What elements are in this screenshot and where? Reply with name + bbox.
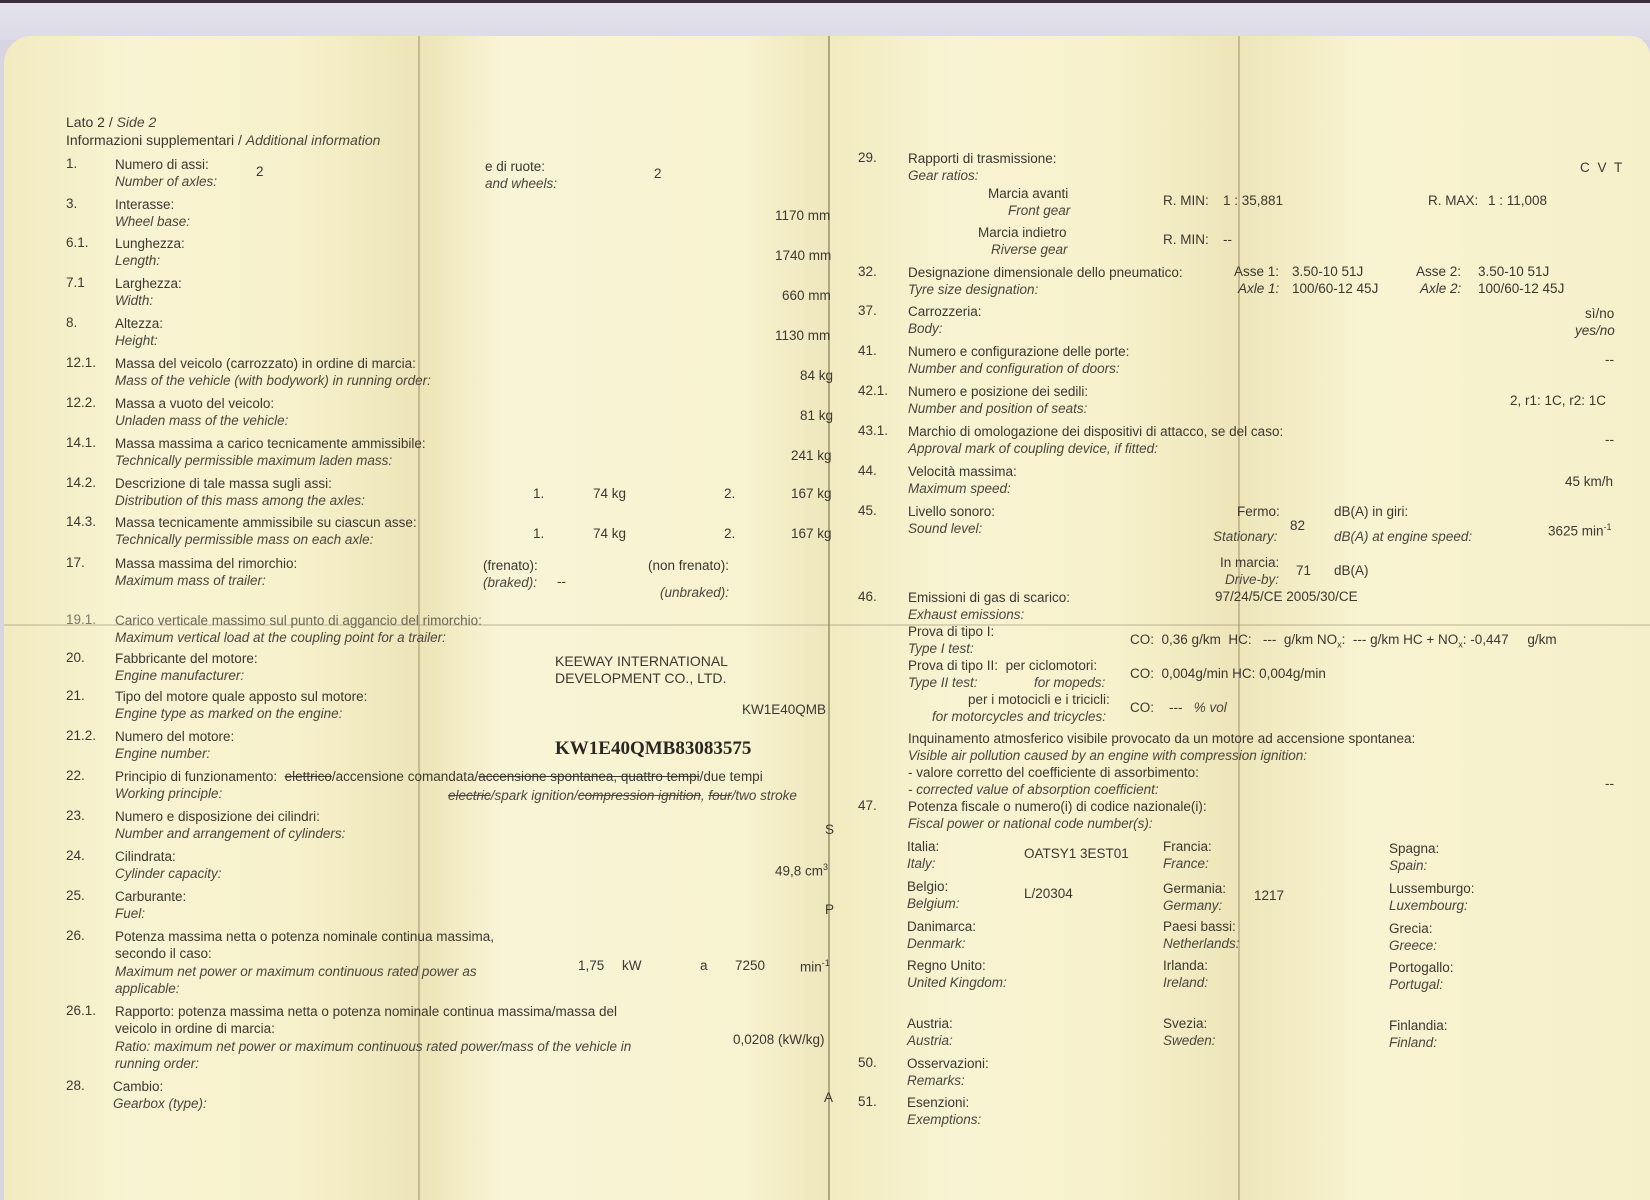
item-number: 21. <box>66 688 85 703</box>
label-en: Number and arrangement of cylinders: <box>115 825 345 842</box>
label-en: - corrected value of absorption coeffici… <box>908 781 1159 798</box>
label-it: Numero e posizione dei sedili: <box>908 383 1088 400</box>
label-en: Height: <box>115 332 158 349</box>
axle-label: Asse 1: <box>1234 264 1279 279</box>
label-en: Technically permissible maximum laden ma… <box>115 452 392 469</box>
wheels-value: 2 <box>654 166 662 181</box>
tyre-value: 3.50-10 51J <box>1292 264 1363 279</box>
label-en: applicable: <box>115 980 180 997</box>
label-it: veicolo in ordine di marcia: <box>115 1020 275 1037</box>
label-en: Length: <box>115 252 160 269</box>
label-en: Wheel base: <box>115 213 190 230</box>
label-it: Esenzioni: <box>907 1094 969 1111</box>
label-en: Ratio: maximum net power or maximum cont… <box>115 1038 631 1055</box>
country-label-en: Austria: <box>907 1032 953 1049</box>
label-it: Numero del motore: <box>115 728 234 745</box>
moto-co-value: CO: --- % vol <box>1130 700 1227 715</box>
at-label: a <box>700 958 708 973</box>
label-it: secondo il caso: <box>115 945 212 962</box>
item-number: 37. <box>858 303 877 318</box>
rmax-value: 1 : 11,008 <box>1488 193 1547 208</box>
label-en: Type II test: <box>908 674 978 691</box>
country-label-it: Paesi bassi: <box>1163 918 1236 935</box>
item-number: 23. <box>66 808 85 823</box>
label-en: and wheels: <box>485 175 557 192</box>
label-en: Gearbox (type): <box>113 1095 207 1112</box>
cylinders-value: S <box>825 822 834 837</box>
item-number: 14.3. <box>66 514 96 529</box>
label-it: Marcia avanti <box>988 185 1068 202</box>
label-it: Altezza: <box>115 315 163 332</box>
item-number: 3. <box>66 196 77 211</box>
label-it: Inquinamento atmosferico visibile provoc… <box>908 730 1415 747</box>
label-it: Fabbricante del motore: <box>115 650 258 667</box>
power-value: 1,75 <box>578 958 604 973</box>
absorption-coefficient-value: -- <box>1605 776 1614 791</box>
axle-index: 1. <box>533 526 544 541</box>
country-label-it: Belgio: <box>907 878 948 895</box>
fuel-value: P <box>825 902 834 917</box>
coupling-value: -- <box>1605 432 1614 447</box>
tyre-value: 100/60-12 45J <box>1478 281 1564 296</box>
label-en: Cylinder capacity: <box>115 865 222 882</box>
country-code-value: OATSY1 3EST01 <box>1024 846 1129 861</box>
country-label-it: Lussemburgo: <box>1389 880 1475 897</box>
label-en: Fuel: <box>115 905 145 922</box>
wheelbase-value: 1170 mm <box>775 208 830 223</box>
length-value: 1740 mm <box>775 248 831 263</box>
axles-value: 2 <box>256 164 264 179</box>
label-en: Tyre size designation: <box>908 281 1038 298</box>
label-it: Lunghezza: <box>115 235 185 252</box>
label-en: Maximum mass of trailer: <box>115 572 266 589</box>
label-it: dB(A) in giri: <box>1334 503 1408 520</box>
power-unit: kW <box>622 958 642 973</box>
label-it: Rapporti di trasmissione: <box>908 150 1057 167</box>
label-en: Drive-by: <box>1225 571 1279 588</box>
label-it: (non frenato): <box>648 557 729 574</box>
page-title: Informazioni supplementari / Additional … <box>66 132 380 149</box>
label-it: Carico verticale massimo sul punto di ag… <box>115 612 482 629</box>
item-number: 21.2. <box>66 728 96 743</box>
label-it: Carburante: <box>115 888 186 905</box>
country-label-it: Portogallo: <box>1389 959 1454 976</box>
axle-index: 2. <box>724 486 735 501</box>
label-en: Distribution of this mass among the axle… <box>115 492 365 509</box>
label-it: Cambio: <box>113 1078 163 1095</box>
item-number: 24. <box>66 848 85 863</box>
label-it: Marchio di omologazione dei dispositivi … <box>908 423 1283 440</box>
country-label-en: Finland: <box>1389 1034 1437 1051</box>
item-number: 6.1. <box>66 235 89 250</box>
label-en: Number and position of seats: <box>908 400 1087 417</box>
label-it: Designazione dimensionale dello pneumati… <box>908 264 1183 281</box>
label-it: Numero e disposizione dei cilindri: <box>115 808 320 825</box>
label-it: per i motocicli e i tricicli: <box>968 691 1110 708</box>
label-en: Unladen mass of the vehicle: <box>115 412 288 429</box>
label-en: Engine type as marked on the engine: <box>115 705 342 722</box>
rpm-unit: min-1 <box>800 958 830 975</box>
braked-trailer-value: -- <box>557 574 566 589</box>
label-en: Number of axles: <box>115 173 217 190</box>
label-en: Engine number: <box>115 745 210 762</box>
rmax-label: R. MAX: <box>1428 193 1478 208</box>
stationary-db-value: 82 <box>1290 518 1305 533</box>
label-en: running order: <box>115 1055 199 1072</box>
label-it: Livello sonoro: <box>908 503 995 520</box>
axle-1-mass: 74 kg <box>593 526 626 541</box>
label-en: Number and configuration of doors: <box>908 360 1120 377</box>
rpm-value: 7250 <box>735 958 765 973</box>
country-label-it: Spagna: <box>1389 840 1439 857</box>
country-code-value: 1217 <box>1254 888 1284 903</box>
item-number: 14.1. <box>66 435 96 450</box>
item-number: 29. <box>858 150 877 165</box>
axle-index: 2. <box>724 526 735 541</box>
item-number: 46. <box>858 589 877 604</box>
doors-value: -- <box>1605 352 1614 367</box>
rmin-label: R. MIN: <box>1163 232 1209 247</box>
label-it: Rapporto: potenza massima netta o potenz… <box>115 1003 617 1020</box>
stationary-rpm-value: 3625 min-1 <box>1548 522 1612 539</box>
gear-type-value: C V T <box>1580 160 1624 175</box>
capacity-value: 49,8 cm3 <box>775 862 828 879</box>
label-it: Principio di funzionamento: elettrico/ac… <box>115 768 763 785</box>
item-number: 8. <box>66 315 77 330</box>
label-en: Gear ratios: <box>908 167 979 184</box>
label-it: Interasse: <box>115 196 174 213</box>
tyre-value: 3.50-10 51J <box>1478 264 1549 279</box>
power-mass-ratio-value: 0,0208 (kW/kg) <box>733 1032 825 1047</box>
label-it: (frenato): <box>483 557 538 574</box>
engine-manufacturer-value: DEVELOPMENT CO., LTD. <box>555 670 726 686</box>
type1-test-values: CO: 0,36 g/km HC: --- g/km NOx: --- g/km… <box>1130 632 1557 650</box>
side-label: Lato 2 / Side 2 <box>66 114 156 131</box>
label-en: Maximum vertical load at the coupling po… <box>115 629 446 646</box>
item-number: 28. <box>66 1078 85 1093</box>
label-it: Massa del veicolo (carrozzato) in ordine… <box>115 355 416 372</box>
country-label-it: Regno Unito: <box>907 957 986 974</box>
label-it: Velocità massima: <box>908 463 1017 480</box>
scanner-background <box>0 0 1650 40</box>
label-en: Sound level: <box>908 520 982 537</box>
label-it: Massa massima del rimorchio: <box>115 555 297 572</box>
item-number: 44. <box>858 463 877 478</box>
country-code-value: L/20304 <box>1024 886 1073 901</box>
item-number: 19.1. <box>66 612 96 627</box>
engine-number-value: KW1E40QMB83083575 <box>555 738 751 760</box>
label-it: Massa tecnicamente ammissibile su ciascu… <box>115 514 417 531</box>
label-en: Stationary: <box>1213 528 1278 545</box>
item-number: 51. <box>858 1094 877 1109</box>
country-label-en: Denmark: <box>907 935 966 952</box>
label-en: Riverse gear <box>991 241 1068 258</box>
item-number: 20. <box>66 650 85 665</box>
label-it: Carrozzeria: <box>908 303 982 320</box>
item-number: 42.1. <box>858 383 888 398</box>
label-en: Width: <box>115 292 153 309</box>
label-en: Engine manufacturer: <box>115 667 244 684</box>
country-label-en: Italy: <box>907 855 936 872</box>
label-it: Prova di tipo II: per ciclomotori: <box>908 657 1097 674</box>
label-en: Type I test: <box>908 640 974 657</box>
label-en: Maximum speed: <box>908 480 1011 497</box>
max-speed-value: 45 km/h <box>1565 474 1613 489</box>
label-it: Marcia indietro <box>978 224 1067 241</box>
drive-by-db-value: 71 <box>1296 563 1311 578</box>
label-en: Exemptions: <box>907 1111 981 1128</box>
tyre-value: 100/60-12 45J <box>1292 281 1378 296</box>
label-en: Body: <box>908 320 943 337</box>
country-label-en: Sweden: <box>1163 1032 1216 1049</box>
item-number: 17. <box>66 555 85 570</box>
label-en: Visible air pollution caused by an engin… <box>908 747 1307 764</box>
unladen-mass-value: 81 kg <box>800 408 833 423</box>
label-en: Working principle: <box>115 785 222 802</box>
label-it: Massa a vuoto del veicolo: <box>115 395 274 412</box>
label-it: Descrizione di tale massa sugli assi: <box>115 475 332 492</box>
country-label-it: Germania: <box>1163 880 1226 897</box>
country-label-en: France: <box>1163 855 1209 872</box>
working-principle-en: electric/spark ignition/compression igni… <box>448 787 797 804</box>
label-it: Larghezza: <box>115 275 182 292</box>
item-number: 26.1. <box>66 1003 96 1018</box>
country-label-en: United Kingdom: <box>907 974 1007 991</box>
country-label-it: Finlandia: <box>1389 1017 1448 1034</box>
label-it: Tipo del motore quale apposto sul motore… <box>115 688 367 705</box>
label-en: (braked): <box>483 574 537 591</box>
country-label-it: Austria: <box>907 1015 953 1032</box>
item-number: 45. <box>858 503 877 518</box>
label-it: - valore corretto del coefficiente di as… <box>908 764 1199 781</box>
engine-manufacturer-value: KEEWAY INTERNATIONAL <box>555 653 728 669</box>
emissions-directive-value: 97/24/5/CE 2005/30/CE <box>1215 589 1358 604</box>
label-en: (unbraked): <box>660 584 729 601</box>
country-label-it: Svezia: <box>1163 1015 1207 1032</box>
gearbox-value: A <box>824 1090 833 1105</box>
rmin-value: -- <box>1223 232 1232 247</box>
country-label-it: Danimarca: <box>907 918 976 935</box>
label-it: Potenza massima netta o potenza nominale… <box>115 928 494 945</box>
fold-line <box>1238 36 1240 1200</box>
label-en: Approval mark of coupling device, if fit… <box>908 440 1158 457</box>
country-label-it: Francia: <box>1163 838 1212 855</box>
item-number: 43.1. <box>858 423 888 438</box>
label-it: e di ruote: <box>485 158 545 175</box>
label-en: Mass of the vehicle (with bodywork) in r… <box>115 372 431 389</box>
label-it: Osservazioni: <box>907 1055 989 1072</box>
label-it: Numero di assi: <box>115 156 209 173</box>
item-number: 12.1. <box>66 355 96 370</box>
axle-index: 1. <box>533 486 544 501</box>
country-label-en: Greece: <box>1389 937 1437 954</box>
label-it: Cilindrata: <box>115 848 176 865</box>
item-number: 14.2. <box>66 475 96 490</box>
label-it: Prova di tipo I: <box>908 623 994 640</box>
country-label-en: Netherlands: <box>1163 935 1240 952</box>
drive-by-unit: dB(A) <box>1334 563 1369 578</box>
country-label-it: Italia: <box>907 838 939 855</box>
item-number: 7.1 <box>66 275 85 290</box>
label-en: for motorcycles and tricycles: <box>932 708 1106 725</box>
axle-2-mass: 167 kg <box>791 526 832 541</box>
country-label-en: Luxembourg: <box>1389 897 1468 914</box>
body-value: yes/no <box>1575 323 1615 338</box>
rmin-value: 1 : 35,881 <box>1223 193 1283 208</box>
label-en: Fiscal power or national code number(s): <box>908 815 1153 832</box>
item-number: 47. <box>858 798 877 813</box>
label-en: Front gear <box>1008 202 1070 219</box>
max-laden-mass-value: 241 kg <box>791 448 832 463</box>
label-en: Maximum net power or maximum continuous … <box>115 963 477 980</box>
seats-value: 2, r1: 1C, r2: 1C <box>1510 393 1606 408</box>
country-label-en: Belgium: <box>907 895 960 912</box>
width-value: 660 mm <box>782 288 831 303</box>
label-en: Remarks: <box>907 1072 965 1089</box>
item-number: 1. <box>66 156 77 171</box>
label-it: In marcia: <box>1220 554 1279 571</box>
label-en: Exhaust emissions: <box>908 606 1024 623</box>
axle-label: Axle 2: <box>1420 281 1461 296</box>
country-label-it: Irlanda: <box>1163 957 1208 974</box>
country-label-en: Germany: <box>1163 897 1222 914</box>
country-label-en: Ireland: <box>1163 974 1208 991</box>
label-it: Potenza fiscale o numero(i) di codice na… <box>908 798 1207 815</box>
item-number: 12.2. <box>66 395 96 410</box>
item-number: 22. <box>66 768 85 783</box>
item-number: 32. <box>858 264 877 279</box>
label-en: Technically permissible mass on each axl… <box>115 531 373 548</box>
label-it: Massa massima a carico tecnicamente ammi… <box>115 435 426 452</box>
engine-type-value: KW1E40QMB <box>742 702 826 717</box>
country-label-it: Grecia: <box>1389 920 1433 937</box>
rmin-label: R. MIN: <box>1163 193 1209 208</box>
type2-test-values: CO: 0,004g/min HC: 0,004g/min <box>1130 666 1326 681</box>
label-it: Fermo: <box>1237 503 1280 520</box>
axle-1-mass: 74 kg <box>593 486 626 501</box>
mass-running-value: 84 kg <box>800 368 833 383</box>
country-label-en: Spain: <box>1389 857 1427 874</box>
country-label-en: Portugal: <box>1389 976 1443 993</box>
label-en: for mopeds: <box>1034 674 1105 691</box>
item-number: 41. <box>858 343 877 358</box>
body-value: sì/no <box>1585 306 1614 321</box>
height-value: 1130 mm <box>775 328 830 343</box>
item-number: 50. <box>858 1055 877 1070</box>
label-it: Emissioni di gas di scarico: <box>908 589 1070 606</box>
item-number: 25. <box>66 888 85 903</box>
axle-2-mass: 167 kg <box>791 486 832 501</box>
axle-label: Axle 1: <box>1238 281 1279 296</box>
item-number: 26. <box>66 928 85 943</box>
label-it: Numero e configurazione delle porte: <box>908 343 1129 360</box>
label-en: dB(A) at engine speed: <box>1334 528 1472 545</box>
axle-label: Asse 2: <box>1416 264 1461 279</box>
